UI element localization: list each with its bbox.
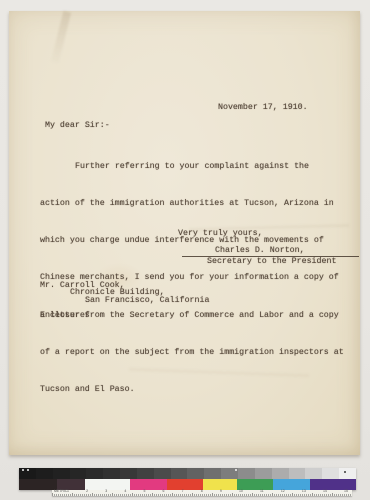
swatch	[322, 468, 339, 479]
swatch	[103, 468, 120, 479]
swatch	[154, 468, 171, 479]
signature-name: Charles D. Norton,	[215, 246, 305, 255]
signature-title: Secretary to the President	[207, 257, 336, 266]
swatch	[339, 468, 356, 479]
swatch	[137, 468, 154, 479]
swatch	[86, 468, 103, 479]
swatch	[289, 468, 306, 479]
swatch	[310, 479, 356, 490]
letter-paper: November 17, 1910. My dear Sir:- Further…	[9, 11, 360, 455]
letter-body: Further referring to your complaint agai…	[40, 136, 352, 421]
swatch	[272, 468, 289, 479]
letter-body-line: action of the immigration authorities at…	[40, 198, 352, 210]
swatch	[238, 468, 255, 479]
metric-ruler: METRIC 123456789101112131415	[52, 490, 352, 496]
swatch	[167, 479, 203, 490]
letter-salutation: My dear Sir:-	[45, 121, 110, 130]
enclosures-note: Enclosures	[40, 311, 90, 320]
swatch	[19, 479, 57, 490]
swatch	[120, 468, 137, 479]
swatch	[255, 468, 272, 479]
grayscale-strip	[19, 468, 356, 479]
swatch	[130, 479, 167, 490]
swatch	[70, 468, 87, 479]
swatch	[36, 468, 53, 479]
swatch	[204, 468, 221, 479]
letter-body-line: Tucson and El Paso.	[40, 384, 352, 396]
registration-dot	[22, 469, 24, 471]
ruler-ticks	[52, 493, 352, 497]
scanned-letter-page: November 17, 1910. My dear Sir:- Further…	[0, 0, 370, 500]
letter-date: November 17, 1910.	[218, 103, 308, 112]
swatch	[171, 468, 188, 479]
recipient-address-line: San Francisco, California	[85, 296, 209, 305]
letter-closing: Very truly yours,	[178, 229, 263, 238]
swatch	[187, 468, 204, 479]
registration-dot	[235, 469, 237, 471]
letter-body-line: of a report on the subject from the immi…	[40, 347, 352, 359]
swatch	[305, 468, 322, 479]
letter-body-line: Further referring to your complaint agai…	[40, 161, 352, 173]
calibration-bar: METRIC 123456789101112131415	[19, 468, 356, 490]
swatch	[53, 468, 70, 479]
registration-dot	[27, 469, 29, 471]
paper-crease	[51, 11, 71, 63]
registration-dot	[344, 471, 346, 473]
swatch	[85, 479, 130, 490]
